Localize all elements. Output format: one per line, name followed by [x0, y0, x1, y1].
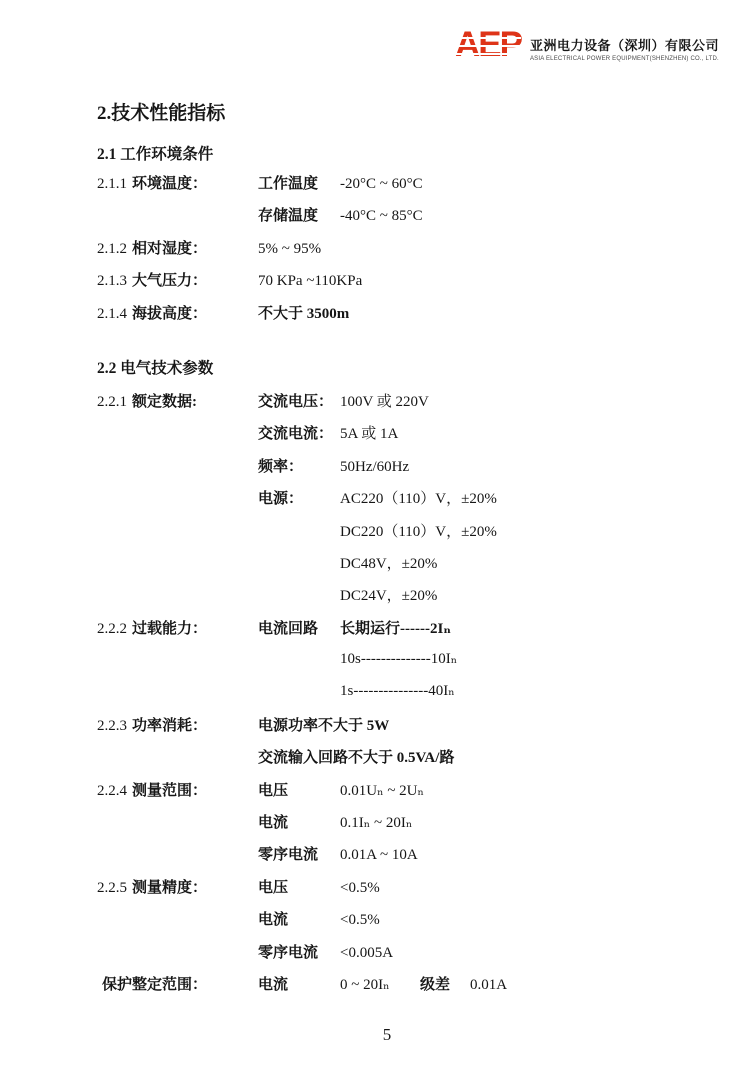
row-value: 交流输入回路不大于 0.5VA/路: [258, 746, 454, 767]
spec-row: 电源： AC220（110）V，±20%: [97, 487, 677, 519]
row-value: DC220（110）V，±20%: [340, 520, 497, 541]
spec-row: 2.2.4测量范围： 电压 0.01Uₙ ~ 2Uₙ: [97, 779, 677, 811]
row-sublabel: 存储温度: [258, 204, 340, 225]
section-2-1-rows: 2.1.1环境温度： 工作温度 -20°C ~ 60°C 存储温度 -40°C …: [97, 172, 677, 334]
section-2-2-rows: 2.2.1额定数据: 交流电压： 100V 或 220V 交流电流： 5A 或 …: [97, 390, 677, 1005]
row-sublabel: 电压: [258, 876, 340, 897]
row-number: 2.2.3: [97, 718, 127, 734]
page-title: 2.技术性能指标: [97, 100, 677, 128]
row-label: 保护整定范围：: [102, 977, 207, 993]
row-value: 0.01A ~ 10A: [340, 847, 418, 864]
spec-row: DC24V，±20%: [97, 584, 677, 616]
row-value: DC24V，±20%: [340, 584, 437, 605]
row-sublabel: 电流: [258, 811, 340, 832]
document-content: 2.技术性能指标 2.1 工作环境条件 2.1.1环境温度： 工作温度 -20°…: [97, 0, 677, 1045]
row-sublabel: 交流电压：: [258, 390, 340, 411]
spec-row: DC220（110）V，±20%: [97, 520, 677, 552]
spec-row: 交流电流： 5A 或 1A: [97, 422, 677, 454]
row-label: 功率消耗：: [132, 718, 207, 734]
document-page: AEP 亚洲电力设备（深圳）有限公司 ASIA ELECTRICAL POWER…: [0, 0, 750, 1069]
row-value: 5A 或 1A: [340, 422, 398, 443]
row-label: 测量范围：: [132, 783, 207, 799]
row-label: 大气压力：: [132, 273, 207, 289]
row-number: 2.1.2: [97, 241, 127, 257]
row-sublabel: 电流回路: [258, 617, 340, 638]
row-value: 10s--------------10Iₙ: [340, 649, 457, 668]
row-value: 100V 或 220V: [340, 390, 429, 411]
spec-row: 频率： 50Hz/60Hz: [97, 455, 677, 487]
spec-row: 2.1.3大气压力： 70 KPa ~110KPa: [97, 269, 677, 301]
row-value: <0.005A: [340, 945, 393, 962]
spec-row: 保护整定范围： 电流 0 ~ 20Iₙ 级差 0.01A: [97, 973, 677, 1005]
spec-row: 存储温度 -40°C ~ 85°C: [97, 204, 677, 236]
row-label: 过载能力：: [132, 621, 207, 637]
spec-row: 电流 <0.5%: [97, 908, 677, 940]
row-value: 0.01Uₙ ~ 2Uₙ: [340, 781, 424, 800]
spec-row: 2.1.2相对湿度： 5% ~ 95%: [97, 237, 677, 269]
row-value: 5% ~ 95%: [258, 241, 321, 258]
row-sublabel: 工作温度: [258, 172, 340, 193]
spec-row: 交流输入回路不大于 0.5VA/路: [97, 746, 677, 778]
spec-row: 零序电流 0.01A ~ 10A: [97, 843, 677, 875]
spec-row: 零序电流 <0.005A: [97, 941, 677, 973]
spec-row: 电流 0.1Iₙ ~ 20Iₙ: [97, 811, 677, 843]
page-footer: 5: [97, 1025, 677, 1045]
row-value: <0.5%: [340, 912, 380, 929]
spec-row: 2.2.1额定数据: 交流电压： 100V 或 220V: [97, 390, 677, 422]
row-sublabel: 电流: [258, 908, 340, 929]
row-value: 70 KPa ~110KPa: [258, 273, 362, 290]
row-number: 2.1.1: [97, 176, 127, 192]
row-number: 2.1.4: [97, 306, 127, 322]
row-value: 0.1Iₙ ~ 20Iₙ: [340, 813, 412, 832]
row-label: 额定数据:: [132, 394, 197, 410]
spec-row: 10s--------------10Iₙ: [97, 649, 677, 681]
row-value: DC48V，±20%: [340, 552, 437, 573]
spec-row: 2.1.4海拔高度： 不大于 3500m: [97, 302, 677, 334]
row-number: 2.1.3: [97, 273, 127, 289]
section-heading-2-1: 2.1 工作环境条件: [97, 144, 677, 166]
row-value: <0.5%: [340, 880, 380, 897]
row-sublabel: 电源：: [258, 487, 340, 508]
row-sublabel: 电压: [258, 779, 340, 800]
spec-row: DC48V，±20%: [97, 552, 677, 584]
row-label: 测量精度：: [132, 880, 207, 896]
row-sublabel: 交流电流：: [258, 422, 340, 443]
row-value: 50Hz/60Hz: [340, 459, 409, 476]
row-label: 海拔高度：: [132, 306, 207, 322]
spec-row: 2.2.5测量精度： 电压 <0.5%: [97, 876, 677, 908]
row-number: 2.2.4: [97, 783, 127, 799]
row-value-2: 0.01A: [470, 977, 507, 994]
row-number: 2.2.1: [97, 394, 127, 410]
row-value: 不大于 3500m: [258, 302, 349, 323]
row-label: 相对湿度：: [132, 241, 207, 257]
row-number: 2.2.2: [97, 621, 127, 637]
row-sublabel-2: 级差: [420, 973, 470, 994]
row-value: AC220（110）V，±20%: [340, 487, 497, 508]
row-sublabel: 零序电流: [258, 941, 340, 962]
page-number: 5: [383, 1025, 392, 1044]
row-sublabel: 电流: [258, 973, 340, 994]
row-value: 1s---------------40Iₙ: [340, 681, 455, 700]
row-value: 电源功率不大于 5W: [258, 714, 389, 735]
row-value: 0 ~ 20Iₙ: [340, 975, 420, 994]
row-value: -20°C ~ 60°C: [340, 176, 423, 193]
spec-row: 2.1.1环境温度： 工作温度 -20°C ~ 60°C: [97, 172, 677, 204]
row-label: 环境温度：: [132, 176, 207, 192]
section-heading-2-2: 2.2 电气技术参数: [97, 358, 677, 380]
row-sublabel: 零序电流: [258, 843, 340, 864]
row-number: 2.2.5: [97, 880, 127, 896]
spec-row: 2.2.2过载能力： 电流回路 长期运行------2Iₙ: [97, 617, 677, 649]
row-value: -40°C ~ 85°C: [340, 208, 423, 225]
row-sublabel: 频率：: [258, 455, 340, 476]
spec-row: 1s---------------40Iₙ: [97, 681, 677, 713]
spec-row: 2.2.3功率消耗： 电源功率不大于 5W: [97, 714, 677, 746]
row-value: 长期运行------2Iₙ: [340, 617, 451, 638]
